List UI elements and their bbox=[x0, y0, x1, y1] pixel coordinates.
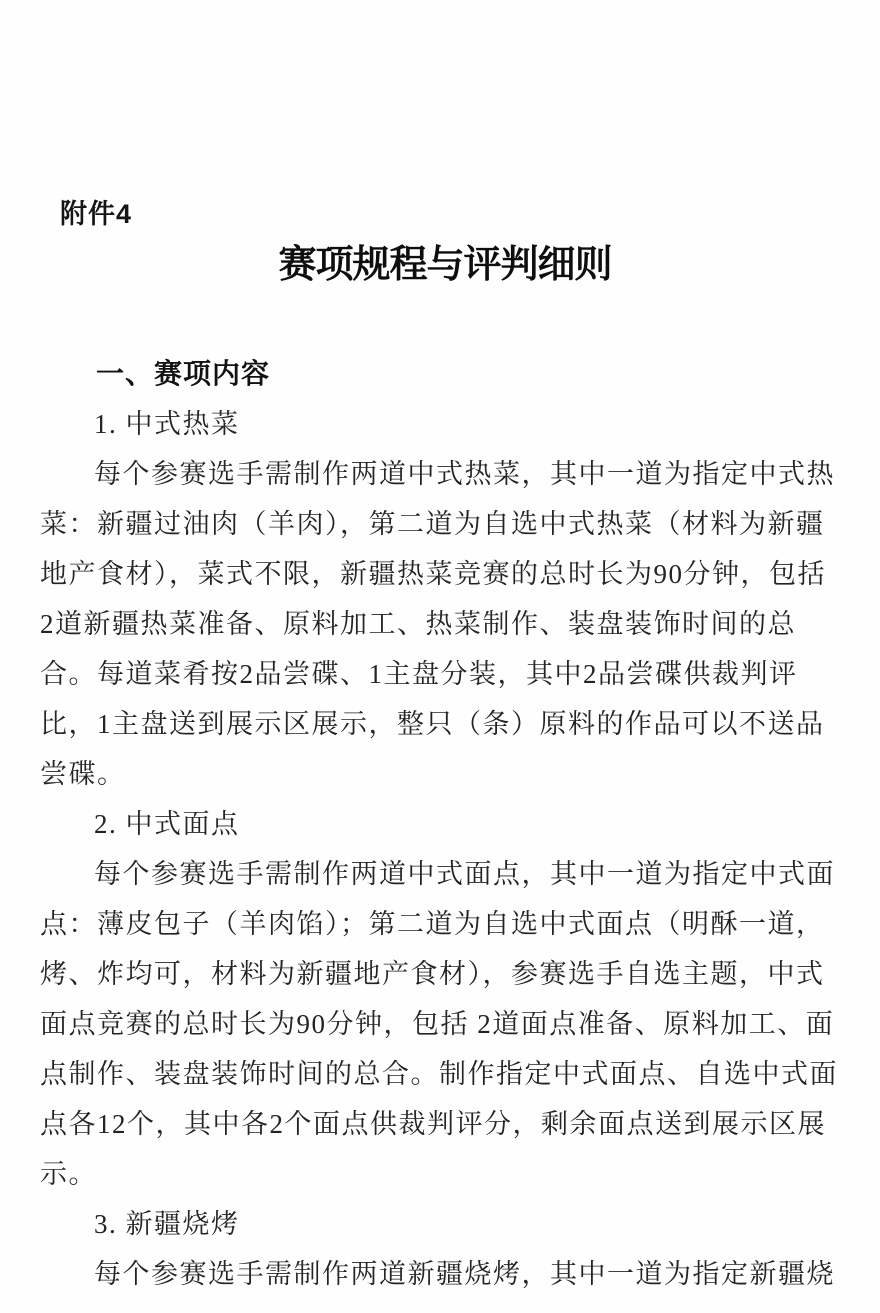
attachment-label: 附件4 bbox=[40, 198, 850, 230]
paragraph-line: 烤、炸均可，材料为新疆地产食材），参赛选手自选主题，中式 bbox=[40, 949, 850, 999]
item-hot-dishes: 1. 中式热菜 每个参赛选手需制作两道中式热菜，其中一道为指定中式热 菜：新疆过… bbox=[40, 399, 850, 799]
paragraph-line: 面点竞赛的总时长为90分钟，包括 2道面点准备、原料加工、面 bbox=[40, 999, 850, 1049]
item-heading: 1. 中式热菜 bbox=[40, 399, 850, 449]
paragraph-line: 尝碟。 bbox=[40, 749, 850, 799]
paragraph-line: 合。每道菜肴按2品尝碟、1主盘分装，其中2品尝碟供裁判评 bbox=[40, 649, 850, 699]
paragraph-line: 比，1主盘送到展示区展示，整只（条）原料的作品可以不送品 bbox=[40, 699, 850, 749]
paragraph-line: 菜：新疆过油肉（羊肉），第二道为自选中式热菜（材料为新疆 bbox=[40, 499, 850, 549]
paragraph-line: 每个参赛选手需制作两道中式面点，其中一道为指定中式面 bbox=[40, 849, 850, 899]
item-barbecue: 3. 新疆烧烤 每个参赛选手需制作两道新疆烧烤，其中一道为指定新疆烧 bbox=[40, 1199, 850, 1299]
paragraph-line: 每个参赛选手需制作两道中式热菜，其中一道为指定中式热 bbox=[40, 449, 850, 499]
paragraph-line: 每个参赛选手需制作两道新疆烧烤，其中一道为指定新疆烧 bbox=[40, 1249, 850, 1299]
paragraph-line: 点各12个，其中各2个面点供裁判评分，剩余面点送到展示区展 bbox=[40, 1099, 850, 1149]
paragraph-line: 示。 bbox=[40, 1149, 850, 1199]
document-page: 附件4 赛项规程与评判细则 一、赛项内容 1. 中式热菜 每个参赛选手需制作两道… bbox=[0, 0, 880, 1313]
document-title: 赛项规程与评判细则 bbox=[40, 241, 850, 289]
item-pastries: 2. 中式面点 每个参赛选手需制作两道中式面点，其中一道为指定中式面 点：薄皮包… bbox=[40, 799, 850, 1199]
paragraph-line: 2道新疆热菜准备、原料加工、热菜制作、装盘装饰时间的总 bbox=[40, 599, 850, 649]
item-heading: 2. 中式面点 bbox=[40, 799, 850, 849]
paragraph-line: 点制作、装盘装饰时间的总合。制作指定中式面点、自选中式面 bbox=[40, 1049, 850, 1099]
section-heading: 一、赛项内容 bbox=[40, 349, 850, 399]
item-heading: 3. 新疆烧烤 bbox=[40, 1199, 850, 1249]
paragraph-line: 点：薄皮包子（羊肉馅）；第二道为自选中式面点（明酥一道， bbox=[40, 899, 850, 949]
paragraph-line: 地产食材），菜式不限，新疆热菜竞赛的总时长为90分钟，包括 bbox=[40, 549, 850, 599]
